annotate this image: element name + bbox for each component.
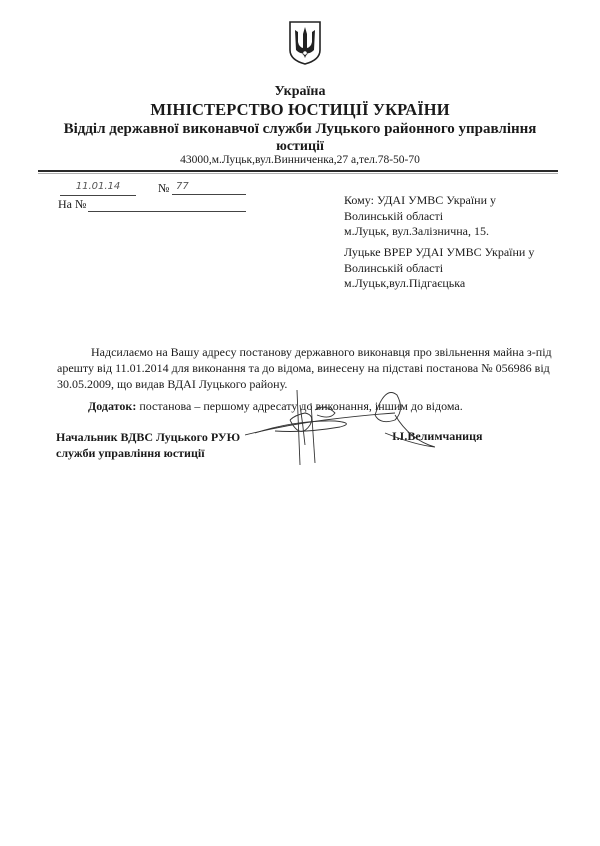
department-heading: Відділ державної виконавчої служби Луцьк… xyxy=(0,121,600,138)
trident-emblem-icon xyxy=(288,20,322,66)
recipient-2-line: м.Луцьк,вул.Підгаєцька xyxy=(344,276,534,292)
recipient-2-line: Луцьке ВРЕР УДАІ УМВС України у xyxy=(344,245,534,261)
recipient-1: Кому: УДАІ УМВС України у Волинській обл… xyxy=(344,193,496,240)
department-heading-cont: юстиції xyxy=(0,139,600,155)
ministry-heading: МІНІСТЕРСТВО ЮСТИЦІЇ УКРАЇНИ xyxy=(0,100,600,120)
recipient-1-line: м.Луцьк, вул.Залізнична, 15. xyxy=(344,224,496,240)
attachment-label: Додаток: xyxy=(88,399,136,413)
recipient-1-line: Кому: УДАІ УМВС України у xyxy=(344,193,496,209)
recipient-2: Луцьке ВРЕР УДАІ УМВС України у Волинськ… xyxy=(344,245,534,292)
outgoing-number: 77 xyxy=(172,181,246,195)
header-divider xyxy=(38,170,558,172)
reply-to-number xyxy=(88,197,246,212)
outgoing-date: 11.01.14 xyxy=(60,181,136,196)
office-address: 43000,м.Луцьк,вул.Винниченка,27 а,тел.78… xyxy=(0,154,600,166)
recipient-1-line: Волинській області xyxy=(344,209,496,225)
outgoing-number-label: № xyxy=(158,181,169,196)
recipient-2-line: Волинській області xyxy=(344,261,534,277)
signatory-title-line: служби управління юстиції xyxy=(56,445,240,461)
header-divider-thin xyxy=(38,173,558,174)
handwritten-signature-icon xyxy=(245,385,435,465)
signatory-title-line: Начальник ВДВС Луцького РУЮ xyxy=(56,429,240,445)
signatory-title: Начальник ВДВС Луцького РУЮ служби управ… xyxy=(56,429,240,461)
country-heading: Україна xyxy=(0,84,600,100)
reply-to-label: На № xyxy=(58,197,86,212)
